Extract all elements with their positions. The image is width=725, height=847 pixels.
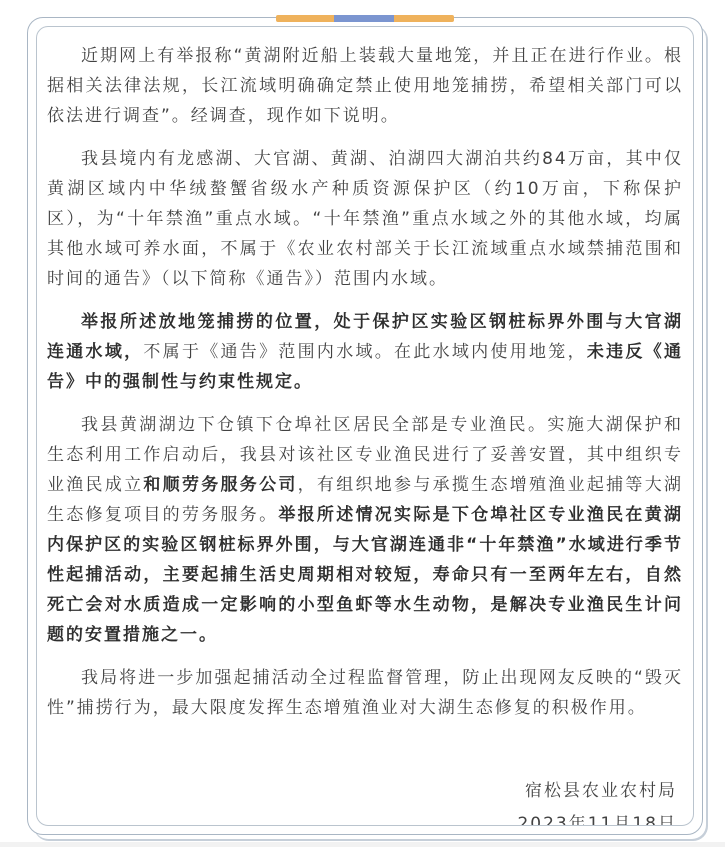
page-bottom-strip <box>0 842 725 847</box>
signature-org: 宿松县农业农村局 <box>47 775 677 808</box>
paragraph: 近期网上有举报称“黄湖附近船上装载大量地笼，并且正在进行作业。根据相关法律法规，… <box>47 41 683 131</box>
bold-text-segment: 和顺劳务服务公司 <box>143 475 297 495</box>
bar-segment-orange-right <box>394 15 454 22</box>
text-segment: 近期网上有举报称“黄湖附近船上装载大量地笼，并且正在进行作业。根据相关法律法规，… <box>47 46 683 126</box>
text-segment: 不属于《通告》范围内水域。在此水域内使用地笼， <box>143 342 586 362</box>
text-segment: 我局将进一步加强起捕活动全过程监督管理，防止出现网友反映的“毁灭性”捕捞行为，最… <box>47 668 683 718</box>
document-card: 近期网上有举报称“黄湖附近船上装载大量地笼，并且正在进行作业。根据相关法律法规，… <box>27 17 703 835</box>
document-body: 近期网上有举报称“黄湖附近船上装载大量地笼，并且正在进行作业。根据相关法律法规，… <box>36 26 694 826</box>
bar-segment-blue-middle <box>334 15 394 22</box>
paragraph: 我县境内有龙感湖、大官湖、黄湖、泊湖四大湖泊共约84万亩，其中仅黄湖区域内中华绒… <box>47 144 683 294</box>
paragraph-container: 近期网上有举报称“黄湖附近船上装载大量地笼，并且正在进行作业。根据相关法律法规，… <box>47 41 683 723</box>
bold-text-segment: 举报所述情况实际是下仓埠社区专业渔民在黄湖内保护区的实验区钢桩标界外围，与大官湖… <box>47 505 683 645</box>
signature-date: 2023年11月18日 <box>47 808 677 826</box>
paragraph: 我县黄湖湖边下仓镇下仓埠社区居民全部是专业渔民。实施大湖保护和生态利用工作启动后… <box>47 410 683 650</box>
text-segment: 我县境内有龙感湖、大官湖、黄湖、泊湖四大湖泊共约84万亩，其中仅黄湖区域内中华绒… <box>47 149 683 289</box>
paragraph: 我局将进一步加强起捕活动全过程监督管理，防止出现网友反映的“毁灭性”捕捞行为，最… <box>47 663 683 723</box>
decorative-top-bar <box>276 15 454 22</box>
page-background: 近期网上有举报称“黄湖附近船上装载大量地笼，并且正在进行作业。根据相关法律法规，… <box>0 0 725 847</box>
bar-segment-orange-left <box>276 15 334 22</box>
paragraph: 举报所述放地笼捕捞的位置，处于保护区实验区钢桩标界外围与大官湖连通水域，不属于《… <box>47 307 683 397</box>
signature-block: 宿松县农业农村局 2023年11月18日 <box>47 775 683 826</box>
